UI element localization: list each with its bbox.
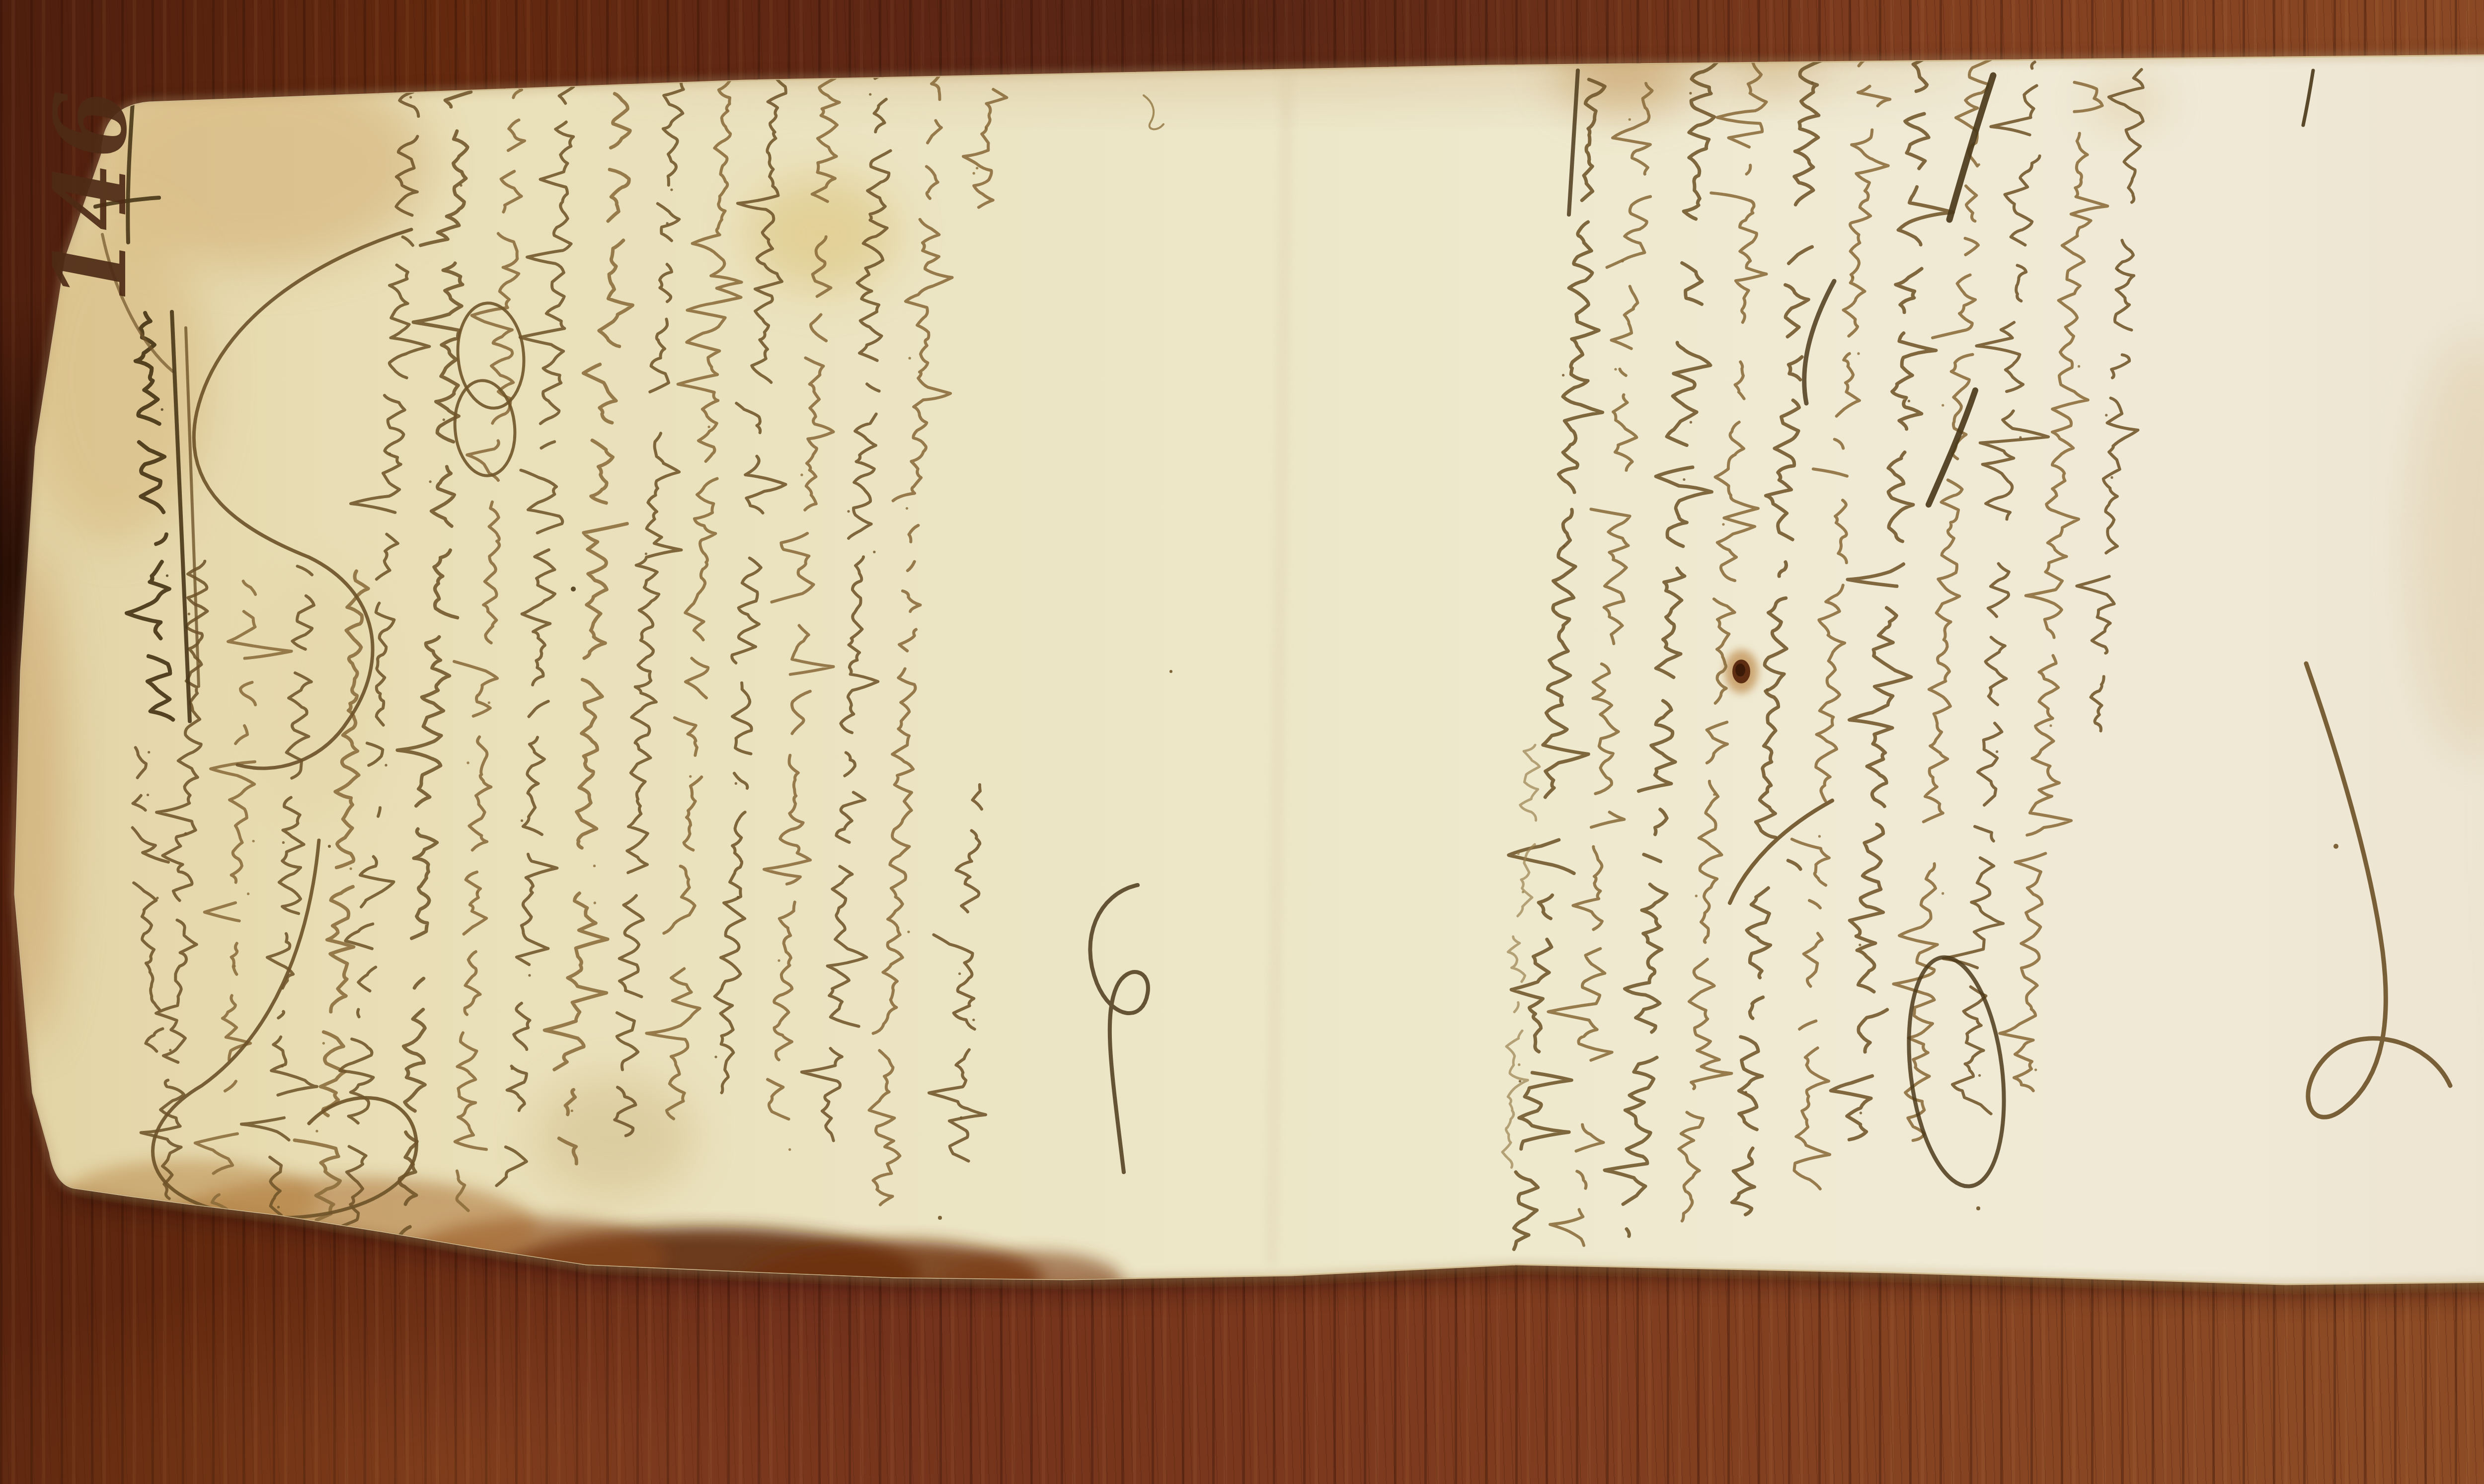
ink-fleck <box>976 167 978 169</box>
ink-fleck <box>1722 523 1724 525</box>
wormhole-core <box>1735 664 1745 676</box>
ink-fleck <box>1519 1080 1521 1082</box>
ink-fleck <box>388 452 391 455</box>
ink-fleck <box>1745 1091 1747 1094</box>
ink-fleck <box>777 959 780 962</box>
ink-fleck <box>670 189 673 191</box>
ink-fleck <box>281 1065 284 1067</box>
ink-fleck <box>714 1056 717 1058</box>
ink-fleck <box>666 222 669 224</box>
ink-fleck <box>594 901 596 904</box>
ink-fleck <box>788 1148 791 1151</box>
ink-fleck <box>443 419 445 421</box>
ink-fleck <box>1852 276 1854 279</box>
ink-fleck <box>735 782 737 785</box>
ink-fleck <box>1629 118 1631 121</box>
stain <box>748 176 897 291</box>
ink-fleck <box>985 127 987 129</box>
ink-fleck <box>909 357 911 360</box>
ink-fleck <box>166 575 168 577</box>
ink-speck <box>1169 670 1172 673</box>
ink-fleck <box>2105 414 2107 416</box>
ink-fleck <box>188 613 190 615</box>
ink-fleck <box>1766 688 1768 691</box>
ink-fleck <box>521 819 523 822</box>
ink-fleck <box>161 408 163 411</box>
ink-fleck <box>385 764 387 766</box>
ink-fleck <box>1689 92 1692 94</box>
ink-fleck <box>1621 260 1624 262</box>
ink-fleck <box>737 896 739 898</box>
ink-fleck <box>322 1042 325 1044</box>
ink-fleck <box>1563 545 1565 547</box>
ink-fleck <box>2110 476 2113 479</box>
ink-fleck <box>906 507 908 510</box>
ink-fleck <box>1978 1074 1981 1077</box>
ink-fleck <box>1713 793 1715 796</box>
ink-fleck <box>282 841 285 844</box>
ink-fleck <box>800 474 803 476</box>
ink-fleck <box>1562 374 1564 376</box>
ink-fleck <box>315 1130 318 1132</box>
ink-fleck <box>645 552 647 555</box>
ink-fleck <box>571 1110 573 1112</box>
ink-fleck <box>1522 890 1524 893</box>
ink-fleck <box>907 931 910 933</box>
ink-fleck <box>460 184 462 187</box>
ink-fleck <box>476 891 479 893</box>
ink-fleck <box>429 480 432 483</box>
ink-fleck <box>2078 365 2080 368</box>
ink-fleck <box>873 551 875 553</box>
manuscript-scene: 146 <box>0 0 2484 1484</box>
ink-fleck <box>1941 404 1944 406</box>
ink-fleck <box>689 775 692 778</box>
ink-fleck <box>972 1019 975 1021</box>
ink-fleck <box>1857 352 1860 355</box>
ink-fleck <box>726 109 728 111</box>
ink-fleck <box>1517 852 1520 855</box>
ink-fleck <box>2117 269 2119 271</box>
ink-fleck <box>708 426 710 428</box>
ink-fleck <box>960 1116 962 1119</box>
ink-fleck <box>1908 400 1910 402</box>
ink-fleck <box>247 892 249 895</box>
folio-number: 146 <box>33 86 149 303</box>
ink-fleck <box>148 751 150 753</box>
ink-fleck <box>1811 81 1813 84</box>
ink-fleck <box>350 868 352 870</box>
ink-fleck <box>1978 163 1980 166</box>
ink-speck <box>1976 1206 1980 1210</box>
ink-fleck <box>958 972 961 975</box>
ink-fleck <box>847 510 850 513</box>
ink-fleck <box>488 701 490 704</box>
ink-fleck <box>869 93 871 95</box>
ink-fleck <box>593 865 596 867</box>
ink-fleck <box>409 96 412 98</box>
ink-fleck <box>147 794 149 796</box>
ink-fleck <box>467 761 469 764</box>
ink-fleck <box>184 832 187 835</box>
ink-fleck <box>2034 1069 2037 1071</box>
wormhole <box>1724 650 1758 693</box>
ink-fleck <box>528 974 531 976</box>
ink-fleck <box>1695 894 1698 897</box>
ink-fleck <box>1690 421 1692 424</box>
ink-fleck <box>1859 944 1861 946</box>
ink-fleck <box>1614 368 1617 371</box>
ink-fleck <box>1518 1063 1520 1066</box>
ink-fleck <box>252 840 255 842</box>
ink-fleck <box>233 965 236 967</box>
ink-speck <box>938 1216 942 1220</box>
ink-fleck <box>156 897 158 899</box>
ink-fleck <box>1683 478 1685 481</box>
ink-fleck <box>169 715 171 718</box>
ink-fleck <box>1818 835 1821 837</box>
ink-fleck <box>1860 1112 1862 1114</box>
ink-speck <box>328 845 331 848</box>
ink-fleck <box>277 1206 280 1208</box>
ink-fleck <box>2049 724 2052 727</box>
ink-fleck <box>973 172 975 174</box>
ink-fleck <box>1941 892 1944 894</box>
ink-speck <box>571 587 576 592</box>
ink-speck <box>2333 844 2338 849</box>
ink-fleck <box>1996 750 1998 753</box>
ink-fleck <box>169 1049 171 1051</box>
photo-of-manuscript-on-table: 146 <box>0 0 2484 1484</box>
ink-fleck <box>2019 436 2021 439</box>
ink-fleck <box>511 1067 513 1070</box>
